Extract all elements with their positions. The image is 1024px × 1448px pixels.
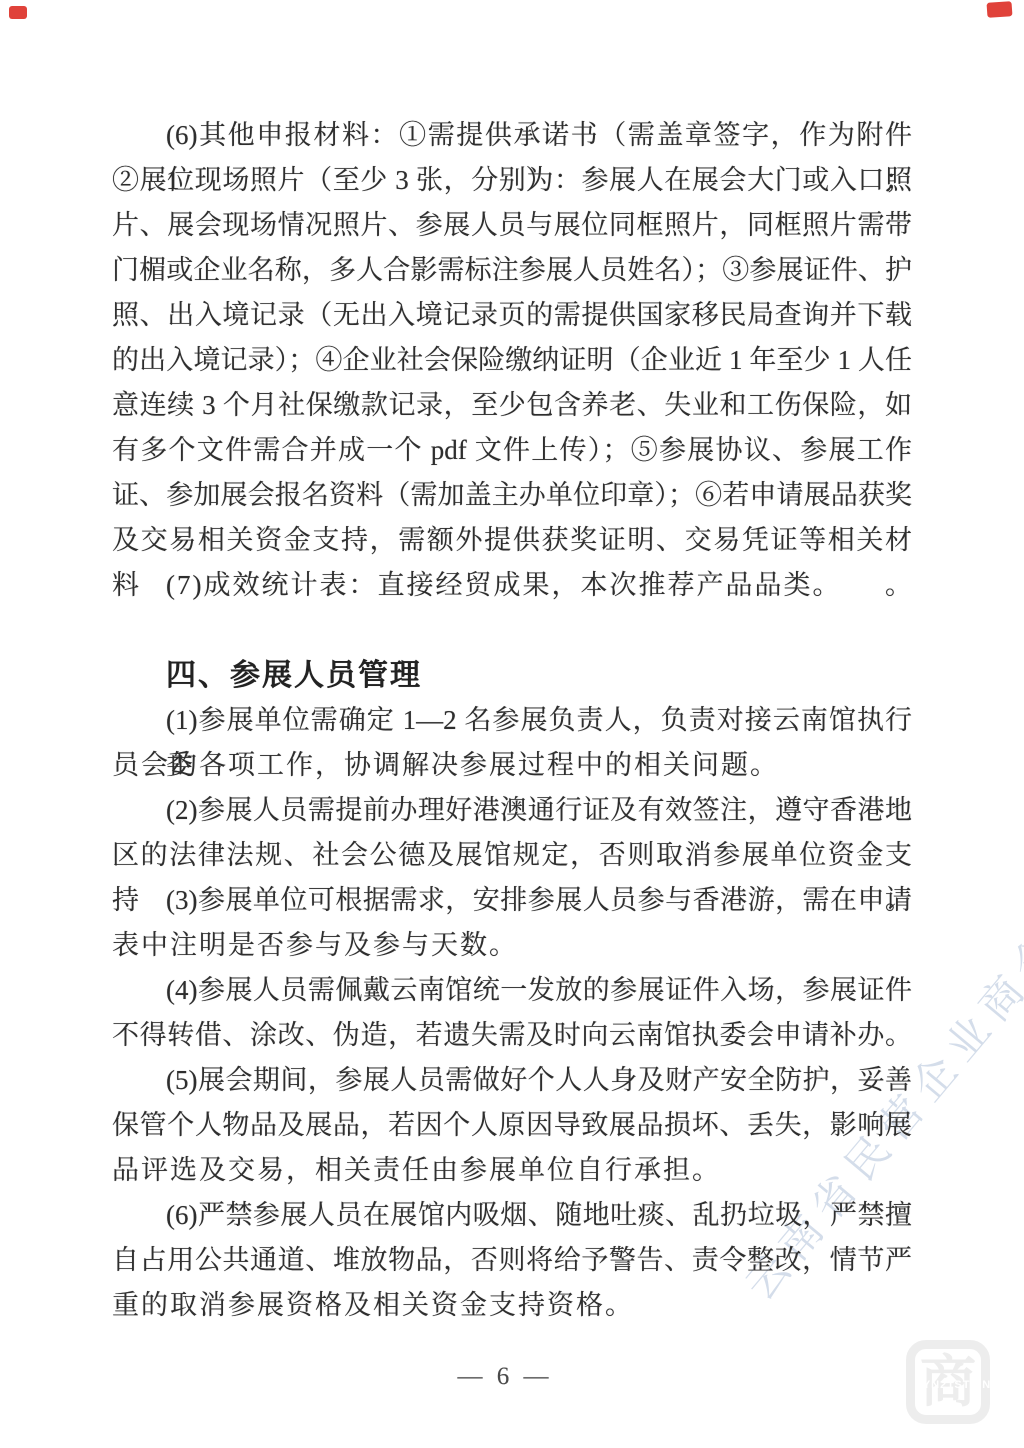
- body-text: (6)其他申报材料：①需提供承诺书（需盖章签字，作为附件1）； ②展位现场照片（…: [112, 113, 912, 1328]
- text-line: 保管个人物品及展品，若因个人原因导致展品损坏、丢失，影响展: [112, 1103, 912, 1148]
- text-line: 照、出入境记录（无出入境记录页的需提供国家移民局查询并下载: [112, 293, 912, 338]
- text-line: 意连续 3 个月社保缴款记录，至少包含养老、失业和工伤保险，如: [112, 383, 912, 428]
- text-line: (4)参展人员需佩戴云南馆统一发放的参展证件入场，参展证件: [112, 968, 912, 1013]
- document-page: 云南省民营企业商会 商 YN21ST.CN (6)其他申报材料：①需提供承诺书（…: [0, 0, 1024, 1448]
- red-scan-mark-top-left-icon: [9, 6, 27, 19]
- page-number: — 6 —: [0, 1363, 1010, 1391]
- text-line: (6)严禁参展人员在展馆内吸烟、随地吐痰、乱扔垃圾，严禁擅: [112, 1193, 912, 1238]
- text-line: (7)成效统计表：直接经贸成果，本次推荐产品品类。: [112, 563, 912, 608]
- text-line: (5)展会期间，参展人员需做好个人人身及财产安全防护，妥善: [112, 1058, 912, 1103]
- text-line: 表中注明是否参与及参与天数。: [112, 923, 912, 968]
- blank-line: [112, 608, 912, 653]
- text-line: 的出入境记录）；④企业社会保险缴纳证明（企业近 1 年至少 1 人任: [112, 338, 912, 383]
- text-line: 重的取消参展资格及相关资金支持资格。: [112, 1283, 912, 1328]
- text-line: 有多个文件需合并成一个 pdf 文件上传）；⑤参展协议、参展工作: [112, 428, 912, 473]
- section-heading: 四、参展人员管理: [112, 653, 912, 698]
- red-scan-mark-top-right-icon: [987, 1, 1013, 18]
- text-line: (6)其他申报材料：①需提供承诺书（需盖章签字，作为附件1）；: [112, 113, 912, 158]
- text-line: 自占用公共通道、堆放物品，否则将给予警告、责令整改，情节严: [112, 1238, 912, 1283]
- text-line: (2)参展人员需提前办理好港澳通行证及有效签注，遵守香港地: [112, 788, 912, 833]
- text-line: 证、参加展会报名资料（需加盖主办单位印章）；⑥若申请展品获奖: [112, 473, 912, 518]
- text-line: 品评选及交易，相关责任由参展单位自行承担。: [112, 1148, 912, 1193]
- text-line: 员会的各项工作，协调解决参展过程中的相关问题。: [112, 743, 912, 788]
- text-line: 及交易相关资金支持，需额外提供获奖证明、交易凭证等相关材料。: [112, 518, 912, 563]
- text-line: 区的法律法规、社会公德及展馆规定，否则取消参展单位资金支持。: [112, 833, 912, 878]
- text-line: ②展位现场照片（至少 3 张，分别为：参展人在展会大门或入口照: [112, 158, 912, 203]
- text-line: (3)参展单位可根据需求，安排参展人员参与香港游，需在申请: [112, 878, 912, 923]
- text-line: 片、展会现场情况照片、参展人员与展位同框照片，同框照片需带: [112, 203, 912, 248]
- text-line: (1)参展单位需确定 1—2 名参展负责人，负责对接云南馆执行委: [112, 698, 912, 743]
- text-line: 不得转借、涂改、伪造，若遗失需及时向云南馆执委会申请补办。: [112, 1013, 912, 1058]
- text-line: 门楣或企业名称，多人合影需标注参展人员姓名）；③参展证件、护: [112, 248, 912, 293]
